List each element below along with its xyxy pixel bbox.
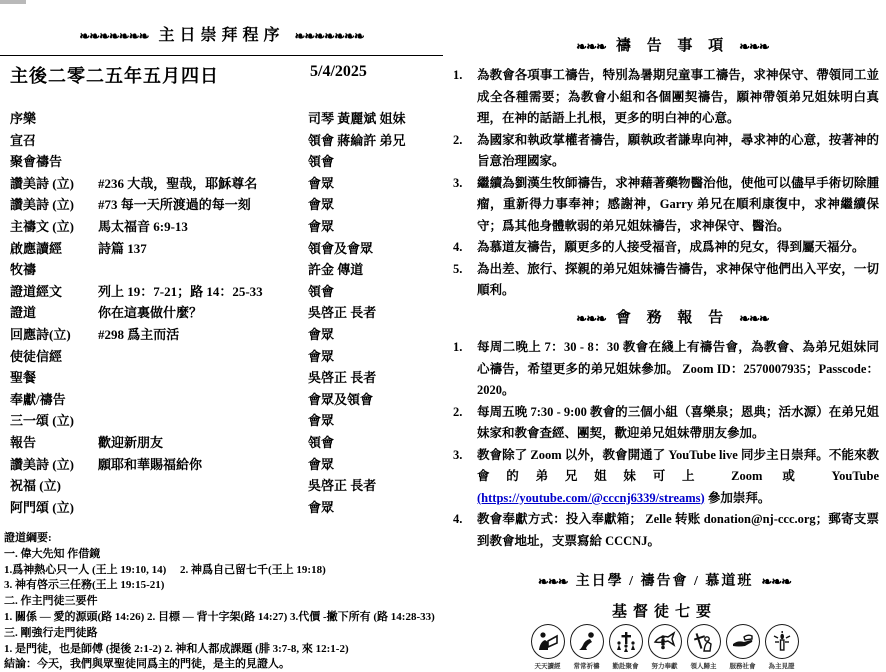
- program-item: 序樂: [10, 108, 98, 130]
- program-detail: 你在這裏做什麼？: [98, 302, 308, 324]
- serve-society-icon: [726, 624, 760, 659]
- program-detail: [98, 130, 308, 152]
- sermon-outline-line: 3. 神有啓示三任務(王上 19:15-21): [4, 578, 442, 594]
- program-who: 會眾: [308, 173, 440, 195]
- sermon-outline: 證道綱要: 一. 偉大先知 作借鏡 1.爲神熱心只一人 (王上 19:10, 1…: [4, 531, 442, 672]
- scroll-ornament-icon: ❧❧❧❧❧❧❧: [295, 29, 364, 44]
- program-detail: [98, 108, 308, 130]
- program-item: 讚美詩 (立): [10, 194, 98, 216]
- program-who: 會眾及領會: [308, 389, 440, 411]
- prayer-item-text: 為教會各項事工禱告，特別為暑期兒童事工禱告，求神保守、帶領同工並成全各種需要；為…: [477, 68, 879, 125]
- sermon-outline-line: 三. 剛強行走門徒路: [4, 626, 442, 642]
- program-item: 讚美詩 (立): [10, 173, 98, 195]
- program-item: 聚會禱告: [10, 151, 98, 173]
- program-item: 回應詩(立): [10, 324, 98, 346]
- seven-essentials-icons: 天天讀經 常常祈禱 勤赴聚會: [443, 624, 886, 670]
- scroll-ornament-icon: ❧❧❧❧❧❧❧: [79, 29, 148, 44]
- essential-label: 服務社會: [730, 661, 756, 670]
- prayer-item-text: 為出差、旅行、探親的弟兄姐妹禱告禱告，求神保守他們出入平安，一切順利。: [477, 262, 879, 298]
- program-who: 吳啓正 長者: [308, 367, 440, 389]
- read-bible-daily-icon: [531, 624, 565, 659]
- program-who: 吳啓正 長者: [308, 302, 440, 324]
- prayer-item-text: 繼續為劉漢生牧師禱告，求神藉著藥物醫治他，使他可以儘早手術切除腫瘤，重新得力事奉…: [477, 176, 879, 233]
- prayer-items-list: 1.為教會各項事工禱告，特別為暑期兒童事工禱告，求神保守、帶領同工並成全各種需要…: [451, 65, 879, 302]
- church-bulletin-page: ❧❧❧❧❧❧❧主日崇拜程序❧❧❧❧❧❧❧ 主後二零二五年五月四日 5/4/202…: [0, 0, 886, 672]
- date-numeric: 5/4/2025: [310, 63, 367, 81]
- sermon-outline-line: 1. 是門徒，也是師傅 (提後 2:1-2) 2. 神和人都成課題 (腓 3:7…: [4, 642, 442, 658]
- program-item: 牧禱: [10, 259, 98, 281]
- classes-footer: ❧❧❧主日學 / 禱告會 / 慕道班❧❧❧: [443, 570, 886, 590]
- essential-witness: 為主見證: [763, 624, 800, 670]
- sermon-outline-line: 1.爲神熱心只一人 (王上 19:10, 14) 2. 神爲自己留七千(王上 1…: [4, 563, 442, 579]
- program-detail: [98, 410, 308, 432]
- program-detail: [98, 475, 308, 497]
- program-item: 宣召: [10, 130, 98, 152]
- program-item: 啟應讀經: [10, 238, 98, 260]
- announcement-item: 1.每周二晚上 7：30 - 8：30 教會在綫上有禱告會，為教會、為弟兄姐妹同…: [451, 337, 879, 402]
- sermon-outline-line: 結論：今天，我們與眾聖徒同爲主的門徒，是主的見證人。: [4, 657, 442, 672]
- program-who: 會眾: [308, 497, 440, 519]
- program-detail: #73 每一天所渡過的每一刻: [98, 194, 308, 216]
- program-detail: [98, 259, 308, 281]
- essential-lead-souls: 領人歸主: [685, 624, 722, 670]
- program-who: 領會 蔣綸許 弟兄: [308, 130, 440, 152]
- program-detail: 列上 19：7-21；路 14：25-33: [98, 281, 308, 303]
- item-number: 1.: [453, 65, 462, 87]
- program-who: 會眾: [308, 324, 440, 346]
- item-number: 2.: [453, 402, 462, 424]
- program-who: 司琴 黃麗斌 姐妹: [308, 108, 440, 130]
- worship-program-table: 序樂司琴 黃麗斌 姐妹 宣召領會 蔣綸許 弟兄 聚會禱告領會 讚美詩 (立)#2…: [10, 108, 440, 518]
- lead-people-to-christ-icon: [687, 624, 721, 659]
- sermon-outline-line: 一. 偉大先知 作借鏡: [4, 547, 442, 563]
- scroll-ornament-icon: ❧❧❧: [576, 39, 606, 54]
- prayer-items-header: ❧❧❧禱 告 事 項❧❧❧: [451, 34, 886, 55]
- essential-label: 努力奉獻: [652, 661, 678, 670]
- announcements-column: ❧❧❧禱 告 事 項❧❧❧ 1.為教會各項事工禱告，特別為暑期兒童事工禱告，求神…: [443, 0, 886, 672]
- announcement-item: 2.每周五晚 7:30 - 9:00 教會的三個小組（喜樂泉；恩典；活水源）在弟…: [451, 402, 879, 445]
- pray-often-icon: [570, 624, 604, 659]
- announcement-text: 參加崇拜。: [705, 491, 771, 505]
- program-who: 領會及會眾: [308, 238, 440, 260]
- date-chinese: 主後二零二五年五月四日: [10, 66, 219, 86]
- essential-label: 天天讀經: [535, 661, 561, 670]
- program-item: 主禱文 (立): [10, 216, 98, 238]
- program-who: 吳啓正 長者: [308, 475, 440, 497]
- announcement-text: 每周五晚 7:30 - 9:00 教會的三個小組（喜樂泉；恩典；活水源）在弟兄姐…: [477, 405, 879, 441]
- seven-essentials-title: 基督徒七要: [443, 600, 886, 621]
- sermon-outline-line: 1. 關係 — 愛的源頭(路 14:26) 2. 目標 — 背十字架(路 14:…: [4, 610, 442, 626]
- youtube-streams-link[interactable]: (https://youtube.com/@cccnj6339/streams): [477, 491, 705, 505]
- church-business-list: 1.每周二晚上 7：30 - 8：30 教會在綫上有禱告會，為教會、為弟兄姐妹同…: [451, 337, 879, 552]
- scroll-ornament-icon: ❧❧❧: [739, 39, 769, 54]
- prayer-item-text: 為慕道友禱告，願更多的人接受福音，成爲神的兒女，得到屬天福分。: [477, 240, 865, 254]
- church-business-header: ❧❧❧會 務 報 告❧❧❧: [451, 306, 886, 327]
- prayer-items-title: 禱 告 事 項: [606, 38, 739, 54]
- sermon-outline-heading: 證道綱要:: [4, 531, 442, 547]
- program-detail: [98, 389, 308, 411]
- announcement-text: 教會除了 Zoom 以外，教會開通了 YouTube live 同步主日崇拜。不…: [477, 448, 879, 484]
- witness-candle-icon: [765, 624, 799, 659]
- program-who: 許金 傳道: [308, 259, 440, 281]
- program-item: 祝福 (立): [10, 475, 98, 497]
- item-number: 4.: [453, 237, 462, 259]
- offering-icon: [648, 624, 682, 659]
- program-item: 證道: [10, 302, 98, 324]
- program-item: 阿門頌 (立): [10, 497, 98, 519]
- sermon-outline-line: 二. 作主門徒三要件: [4, 594, 442, 610]
- program-detail: #236 大哉，聖哉，耶穌尊名: [98, 173, 308, 195]
- program-item: 報告: [10, 432, 98, 454]
- item-number: 2.: [453, 130, 462, 152]
- scroll-ornament-icon: ❧❧❧: [761, 574, 791, 589]
- program-detail: 詩篇 137: [98, 238, 308, 260]
- prayer-items-section: ❧❧❧禱 告 事 項❧❧❧ 1.為教會各項事工禱告，特別為暑期兒童事工禱告，求神…: [451, 34, 879, 302]
- program-detail: 馬太福音 6:9-13: [98, 216, 308, 238]
- program-detail: [98, 497, 308, 519]
- essential-attend: 勤赴聚會: [607, 624, 644, 670]
- church-business-title: 會 務 報 告: [606, 310, 739, 326]
- program-who: 會眾: [308, 454, 440, 476]
- scroll-ornament-icon: ❧❧❧: [538, 574, 568, 589]
- program-who: 會眾: [308, 346, 440, 368]
- announcement-item: 4.教會奉獻方式：投入奉獻箱； Zelle 转账 donation@nj-ccc…: [451, 509, 879, 552]
- prayer-item: 2.為國家和執政掌權者禱告，願執政者謙卑向神，尋求神的心意，按著神的旨意治理國家…: [451, 130, 879, 173]
- program-who: 會眾: [308, 216, 440, 238]
- prayer-item-text: 為國家和執政掌權者禱告，願執政者謙卑向神，尋求神的心意，按著神的旨意治理國家。: [477, 133, 879, 169]
- program-item: 奉獻/禱告: [10, 389, 98, 411]
- seven-essentials-block: 基督徒七要 天天讀經 常常祈禱: [443, 600, 886, 670]
- item-number: 5.: [453, 259, 462, 281]
- item-number: 3.: [453, 173, 462, 195]
- worship-order-header: ❧❧❧❧❧❧❧主日崇拜程序❧❧❧❧❧❧❧: [0, 22, 443, 45]
- scroll-ornament-icon: ❧❧❧: [576, 311, 606, 326]
- program-detail: 歡迎新朋友: [98, 432, 308, 454]
- essential-pray: 常常祈禱: [568, 624, 605, 670]
- prayer-item: 4.為慕道友禱告，願更多的人接受福音，成爲神的兒女，得到屬天福分。: [451, 237, 879, 259]
- program-who: 領會: [308, 432, 440, 454]
- essential-label: 常常祈禱: [574, 661, 600, 670]
- date-row: 主後二零二五年五月四日 5/4/2025: [10, 62, 435, 88]
- church-business-section: ❧❧❧會 務 報 告❧❧❧ 1.每周二晚上 7：30 - 8：30 教會在綫上有…: [451, 306, 879, 552]
- program-who: 會眾: [308, 410, 440, 432]
- essential-offering: 努力奉獻: [646, 624, 683, 670]
- program-detail: [98, 367, 308, 389]
- scroll-ornament-icon: ❧❧❧: [739, 311, 769, 326]
- essential-read-bible: 天天讀經: [529, 624, 566, 670]
- essential-label: 勤赴聚會: [613, 661, 639, 670]
- program-who: 領會: [308, 281, 440, 303]
- item-number: 1.: [453, 337, 462, 359]
- program-detail: [98, 346, 308, 368]
- item-number: 3.: [453, 445, 462, 467]
- attend-meetings-icon: [609, 624, 643, 659]
- program-detail: #298 爲主而活: [98, 324, 308, 346]
- program-who: 領會: [308, 151, 440, 173]
- page-title: 主日崇拜程序: [148, 27, 294, 44]
- program-item: 證道經文: [10, 281, 98, 303]
- item-number: 4.: [453, 509, 462, 531]
- essential-label: 為主見證: [769, 661, 795, 670]
- prayer-item: 1.為教會各項事工禱告，特別為暑期兒童事工禱告，求神保守、帶領同工並成全各種需要…: [451, 65, 879, 130]
- program-who: 會眾: [308, 194, 440, 216]
- essential-label: 領人歸主: [691, 661, 717, 670]
- worship-order-column: ❧❧❧❧❧❧❧主日崇拜程序❧❧❧❧❧❧❧ 主後二零二五年五月四日 5/4/202…: [0, 0, 443, 672]
- program-item: 聖餐: [10, 367, 98, 389]
- announcement-text: 每周二晚上 7：30 - 8：30 教會在綫上有禱告會，為教會、為弟兄姐妹同心禱…: [477, 340, 879, 397]
- announcement-item: 3.教會除了 Zoom 以外，教會開通了 YouTube live 同步主日崇拜…: [451, 445, 879, 510]
- announcement-text: 教會奉獻方式：投入奉獻箱； Zelle 转账 donation@nj-ccc.o…: [477, 512, 879, 548]
- program-item: 使徒信經: [10, 346, 98, 368]
- program-detail: [98, 151, 308, 173]
- essential-serve: 服務社會: [724, 624, 761, 670]
- prayer-item: 3.繼續為劉漢生牧師禱告，求神藉著藥物醫治他，使他可以儘早手術切除腫瘤，重新得力…: [451, 173, 879, 238]
- program-item: 三一頌 (立): [10, 410, 98, 432]
- program-item: 讚美詩 (立): [10, 454, 98, 476]
- header-divider: [0, 55, 443, 56]
- program-detail: 願耶和華賜福給你: [98, 454, 308, 476]
- classes-footer-title: 主日學 / 禱告會 / 慕道班: [568, 574, 762, 589]
- prayer-item: 5.為出差、旅行、探親的弟兄姐妹禱告禱告，求神保守他們出入平安，一切順利。: [451, 259, 879, 302]
